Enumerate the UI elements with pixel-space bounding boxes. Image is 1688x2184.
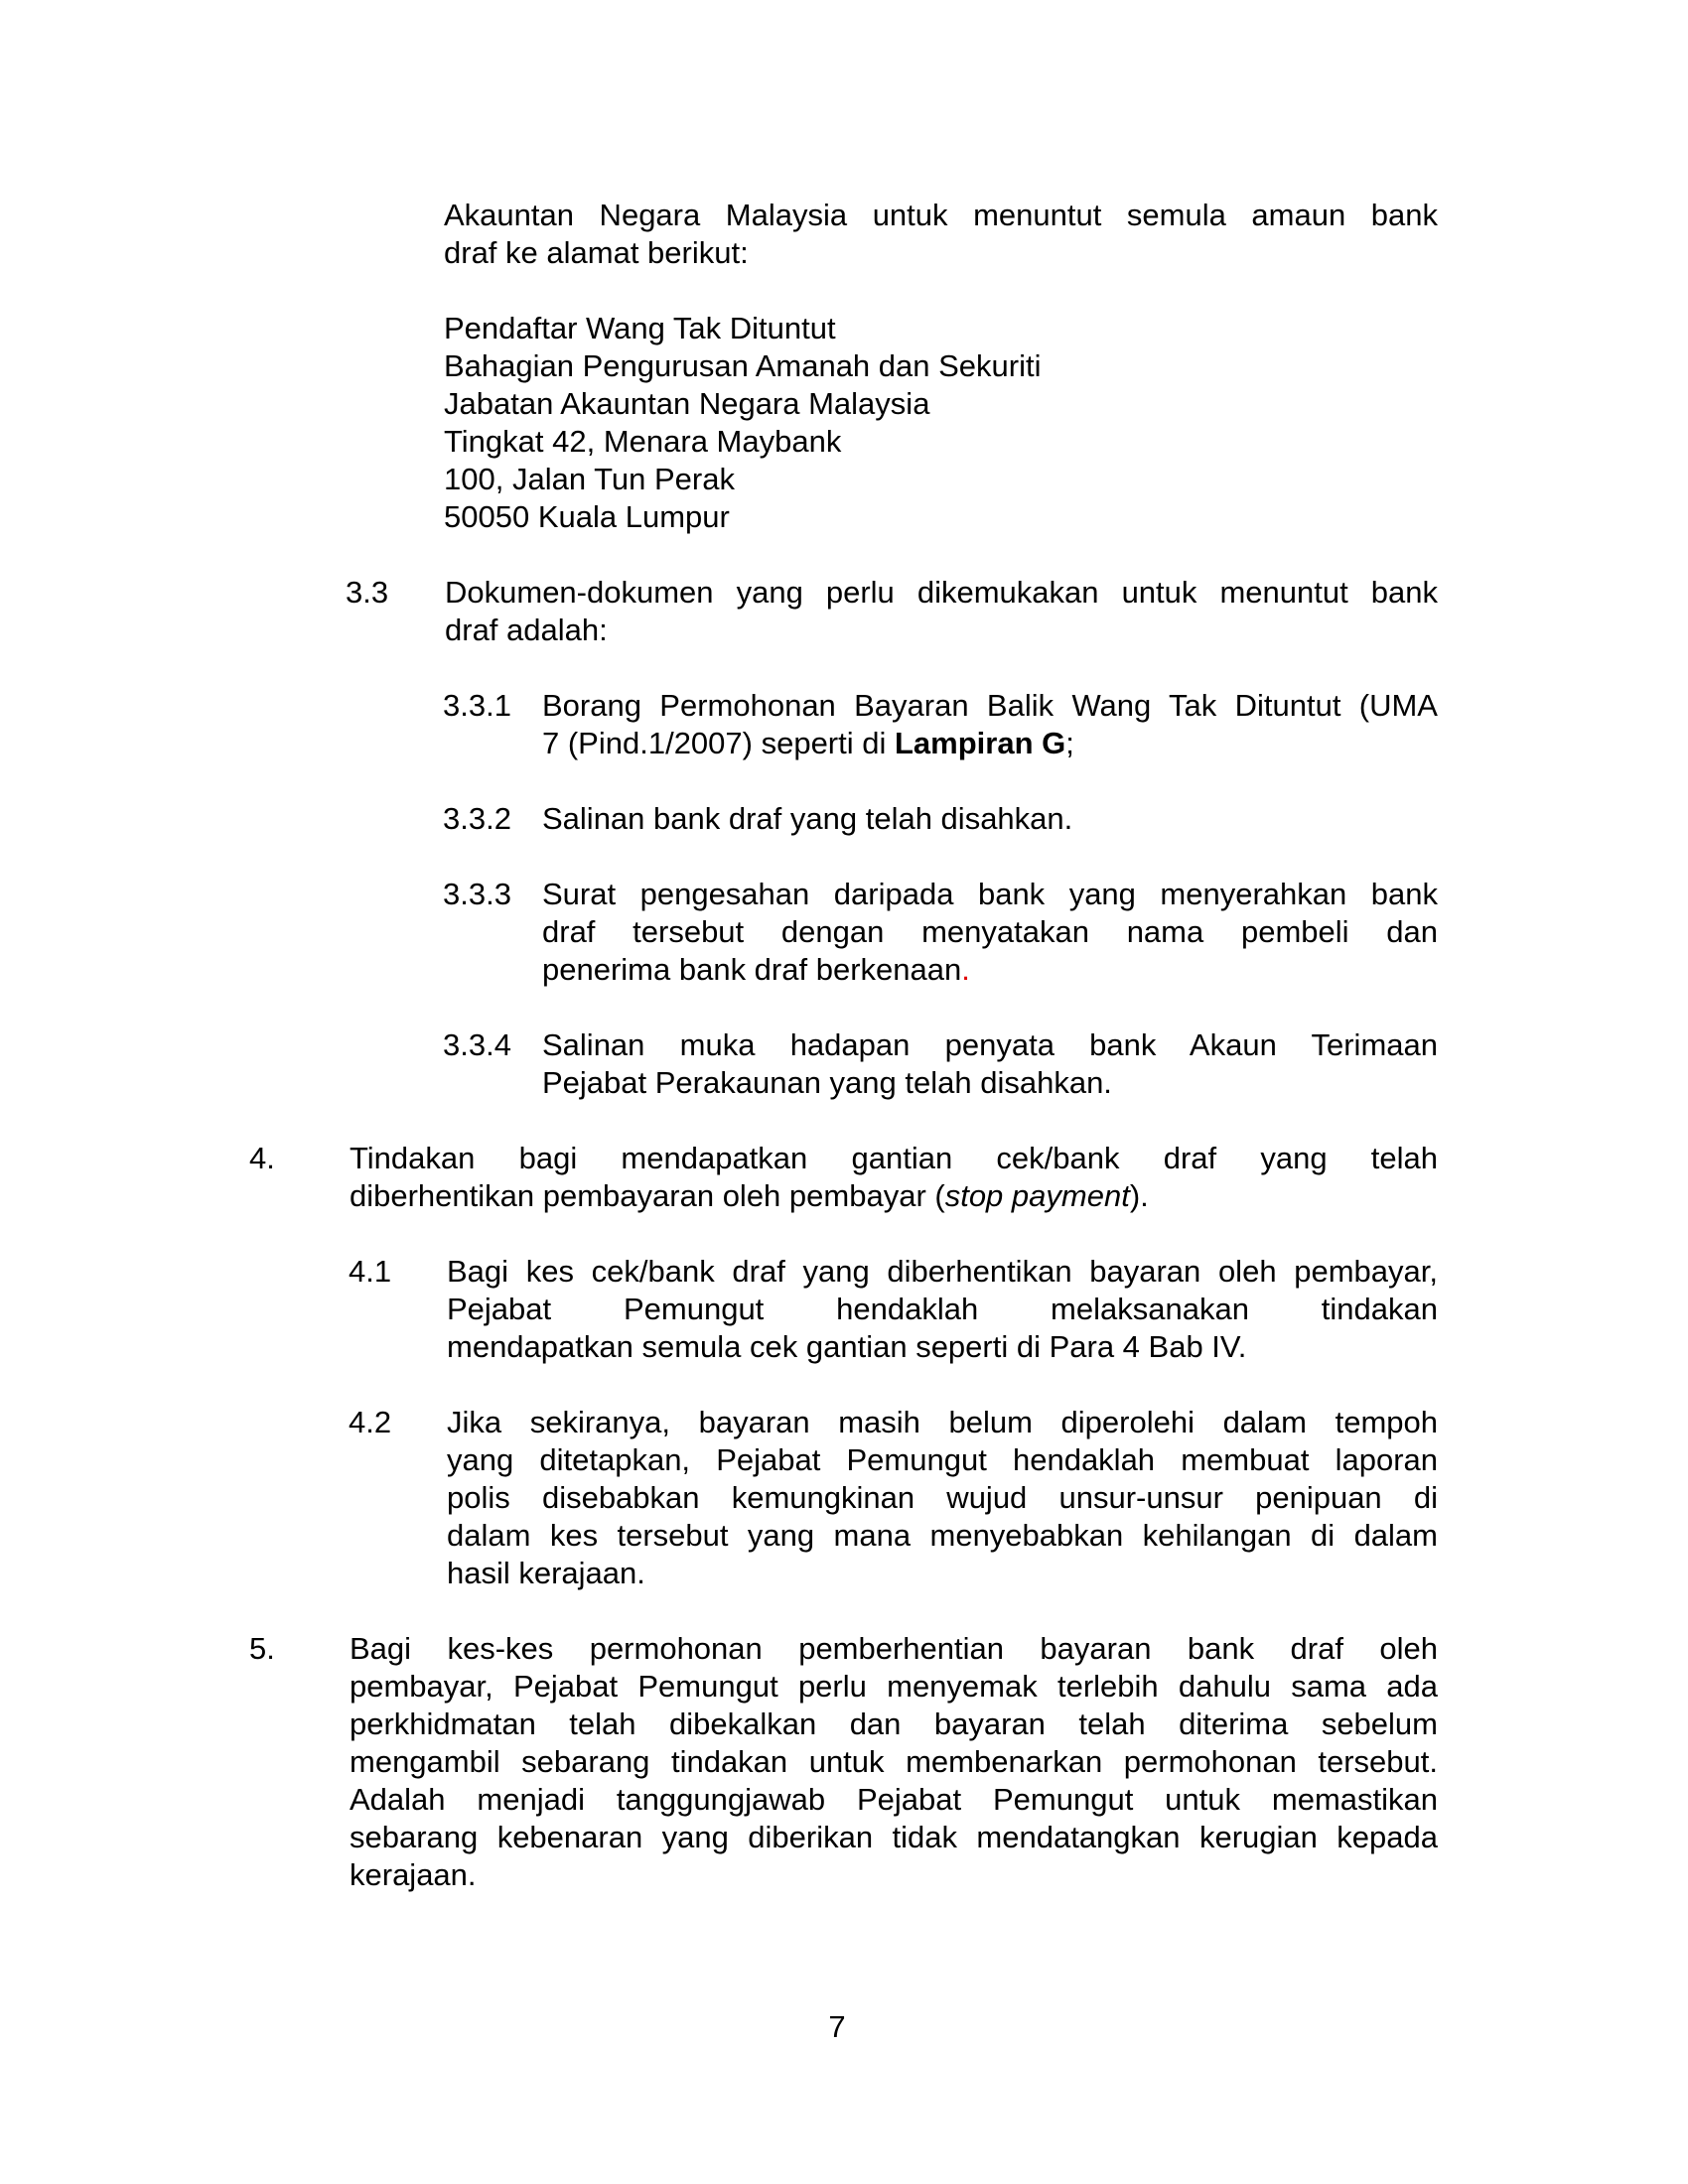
item-3-3-4: 3.3.4 Salinan muka hadapan penyata bank … xyxy=(0,1026,1688,1102)
paragraph-line: Borang Permohonan Bayaran Balik Wang Tak… xyxy=(542,687,1438,725)
item-3-3-1: 3.3.1 Borang Permohonan Bayaran Balik Wa… xyxy=(0,687,1688,762)
section-4-1: 4.1 Bagi kes cek/bank draf yang diberhen… xyxy=(0,1253,1688,1366)
paragraph-line: polis disebabkan kemungkinan wujud unsur… xyxy=(447,1479,1438,1517)
paragraph-line: Pejabat Perakaunan yang telah disahkan. xyxy=(542,1064,1438,1102)
paragraph-line: Akauntan Negara Malaysia untuk menuntut … xyxy=(444,197,1438,234)
page-number: 7 xyxy=(0,2008,1688,2046)
paragraph-line: Salinan bank draf yang telah disahkan. xyxy=(542,800,1438,838)
paragraph-line: draf tersebut dengan menyatakan nama pem… xyxy=(542,913,1438,951)
address-line: Tingkat 42, Menara Maybank xyxy=(444,423,1438,461)
paragraph-line: Bagi kes cek/bank draf yang diberhentika… xyxy=(447,1253,1438,1291)
paragraph-line: pembayar, Pejabat Pemungut perlu menyema… xyxy=(350,1668,1438,1706)
item-number: 3.3.4 xyxy=(443,1026,511,1064)
section-number: 5. xyxy=(249,1630,275,1668)
address-line: Jabatan Akauntan Negara Malaysia xyxy=(444,385,1438,423)
document-body: Akauntan Negara Malaysia untuk menuntut … xyxy=(0,197,1688,1932)
paragraph-line: mengambil sebarang tindakan untuk memben… xyxy=(350,1743,1438,1781)
section-number: 4.1 xyxy=(349,1253,391,1291)
paragraph-line: perkhidmatan telah dibekalkan dan bayara… xyxy=(350,1706,1438,1743)
document-page: Akauntan Negara Malaysia untuk menuntut … xyxy=(0,0,1688,2184)
item-3-3-2: 3.3.2 Salinan bank draf yang telah disah… xyxy=(0,800,1688,838)
section-number: 4.2 xyxy=(349,1404,391,1441)
item-number: 3.3.1 xyxy=(443,687,511,725)
appendix-reference: Lampiran G xyxy=(895,726,1065,760)
page-number-text: 7 xyxy=(828,2009,845,2044)
section-number: 3.3 xyxy=(346,574,388,612)
address-line: 100, Jalan Tun Perak xyxy=(444,461,1438,498)
address-line: 50050 Kuala Lumpur xyxy=(444,498,1438,536)
section-4-2: 4.2 Jika sekiranya, bayaran masih belum … xyxy=(0,1404,1688,1592)
paragraph-line: draf adalah: xyxy=(445,612,1438,649)
text-run: diberhentikan pembayaran oleh pembayar ( xyxy=(350,1178,945,1213)
text-run: 7 (Pind.1/2007) seperti di xyxy=(542,726,895,760)
paragraph-line: sebarang kebenaran yang diberikan tidak … xyxy=(350,1819,1438,1856)
paragraph-line: Bagi kes-kes permohonan pemberhentian ba… xyxy=(350,1630,1438,1668)
paragraph-line: Dokumen-dokumen yang perlu dikemukakan u… xyxy=(445,574,1438,612)
item-number: 3.3.3 xyxy=(443,876,511,913)
italic-term: stop payment xyxy=(945,1178,1130,1213)
text-run: penerima bank draf berkenaan xyxy=(542,952,961,987)
paragraph-line: draf ke alamat berikut: xyxy=(444,234,1438,272)
paragraph-line: Surat pengesahan daripada bank yang meny… xyxy=(542,876,1438,913)
paragraph-line: Adalah menjadi tanggungjawab Pejabat Pem… xyxy=(350,1781,1438,1819)
paragraph-line: hasil kerajaan. xyxy=(447,1555,1438,1592)
address-line: Pendaftar Wang Tak Dituntut xyxy=(444,310,1438,347)
item-number: 3.3.2 xyxy=(443,800,511,838)
section-4: 4. Tindakan bagi mendapatkan gantian cek… xyxy=(0,1140,1688,1215)
red-period: . xyxy=(961,952,970,987)
text-run: ; xyxy=(1065,726,1074,760)
item-3-3-3: 3.3.3 Surat pengesahan daripada bank yan… xyxy=(0,876,1688,989)
section-3-3: 3.3 Dokumen-dokumen yang perlu dikemukak… xyxy=(0,574,1688,649)
section-number: 4. xyxy=(249,1140,275,1177)
paragraph-line: diberhentikan pembayaran oleh pembayar (… xyxy=(350,1177,1438,1215)
paragraph-line: Pejabat Pemungut hendaklah melaksanakan … xyxy=(447,1291,1438,1328)
text-run: ). xyxy=(1130,1178,1149,1213)
paragraph-line: mendapatkan semula cek gantian seperti d… xyxy=(447,1328,1438,1366)
paragraph-line: kerajaan. xyxy=(350,1856,1438,1894)
paragraph-line: Tindakan bagi mendapatkan gantian cek/ba… xyxy=(350,1140,1438,1177)
section-5: 5. Bagi kes-kes permohonan pemberhentian… xyxy=(0,1630,1688,1894)
paragraph-line: dalam kes tersebut yang mana menyebabkan… xyxy=(447,1517,1438,1555)
paragraph-line: penerima bank draf berkenaan. xyxy=(542,951,1438,989)
continuation-paragraph: Akauntan Negara Malaysia untuk menuntut … xyxy=(0,197,1688,272)
paragraph-line: yang ditetapkan, Pejabat Pemungut hendak… xyxy=(447,1441,1438,1479)
paragraph-line: Jika sekiranya, bayaran masih belum dipe… xyxy=(447,1404,1438,1441)
paragraph-line: Salinan muka hadapan penyata bank Akaun … xyxy=(542,1026,1438,1064)
address-line: Bahagian Pengurusan Amanah dan Sekuriti xyxy=(444,347,1438,385)
address-block: Pendaftar Wang Tak Dituntut Bahagian Pen… xyxy=(0,310,1688,536)
paragraph-line: 7 (Pind.1/2007) seperti di Lampiran G; xyxy=(542,725,1438,762)
